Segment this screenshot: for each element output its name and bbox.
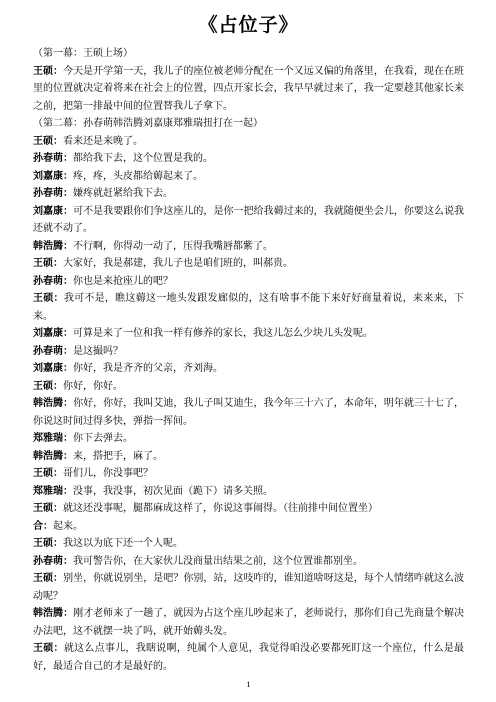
dialogue-line: 韩浩腾：你好，你好，我叫艾迪，我儿子叫艾迪生，我今年三十六了，本命年，明年就三十… [33, 395, 464, 430]
speaker-name: 韩浩腾： [33, 398, 73, 409]
speaker-name: 刘嘉康： [33, 328, 73, 339]
script-body: （第一幕：王硕上场）王硕：今天是开学第一天，我儿子的座位被老师分配在一个又远又偏… [33, 45, 464, 675]
dialogue-line: 王硕：就这还没事呢，腿都麻成这样了，你说这事闹得。（往前排中间位置坐） [33, 500, 464, 518]
dialogue-line: 韩浩腾：不行啊，你得动一动了，压得我嘴唇都紫了。 [33, 238, 464, 256]
speaker-name: 王硕： [33, 381, 63, 392]
speaker-name: 孙春萌： [33, 276, 73, 287]
page-number: 1 [33, 679, 464, 689]
dialogue-line: 孙春萌：嫌疼就赶紧给我下去。 [33, 185, 464, 203]
speaker-name: 王硕： [33, 538, 63, 549]
speaker-name: 刘嘉康： [33, 171, 73, 182]
dialogue-line: 王硕：我可不是，瞧这薅这一地头发跟发廊似的，这有啥事不能下来好好商量着说，来来来… [33, 290, 464, 325]
speaker-name: 郑雅瑞： [33, 486, 73, 497]
dialogue-line: 合：起来。 [33, 518, 464, 536]
dialogue-line: 郑雅瑞：没事，我没事，初次见面（跪下）请多关照。 [33, 483, 464, 501]
dialogue-line: 王硕：别坐，你就说别坐，是吧？你别，站，这吱咋的，谁知道啥呀这是，每个人情绪咋就… [33, 570, 464, 605]
speaker-name: 王硕： [33, 503, 63, 514]
dialogue-line: 王硕：就这么点事儿，我瞎说啊，纯属个人意见，我觉得咱没必要都死盯这一个座位，什么… [33, 640, 464, 675]
dialogue-line: 王硕：今天是开学第一天，我儿子的座位被老师分配在一个又远又偏的角落里，在我看，现… [33, 63, 464, 116]
speaker-name: 刘嘉康： [33, 363, 73, 374]
dialogue-line: 郑雅瑞：你下去弹去。 [33, 430, 464, 448]
speaker-name: 合： [33, 521, 53, 532]
speaker-name: 王硕： [33, 643, 64, 654]
speaker-name: 韩浩腾： [33, 451, 73, 462]
dialogue-line: 韩浩腾：刚才老师来了一趟了，就因为占这个座儿吵起来了，老师说行，那你们自己先商量… [33, 605, 464, 640]
document-page: 《占位子》 （第一幕：王硕上场）王硕：今天是开学第一天，我儿子的座位被老师分配在… [0, 0, 496, 702]
speaker-name: 孙春萌： [33, 188, 73, 199]
dialogue-line: 孙春萌：你也是来抢座儿的吧？ [33, 273, 464, 291]
speaker-name: 郑雅瑞： [33, 433, 73, 444]
speaker-name: 韩浩腾： [33, 241, 73, 252]
stage-direction: （第一幕：王硕上场） [33, 45, 464, 63]
speaker-name: 孙春萌： [33, 346, 73, 357]
dialogue-line: 刘嘉康：可算是来了一位和我一样有修养的家长，我这儿怎么少块儿头发呢。 [33, 325, 464, 343]
dialogue-line: 王硕：大家好，我是郝建，我儿子也是咱们班的，叫郝贵。 [33, 255, 464, 273]
speaker-name: 王硕： [33, 468, 63, 479]
dialogue-line: 王硕：看来还是来晚了。 [33, 133, 464, 151]
dialogue-line: 王硕：你好，你好。 [33, 378, 464, 396]
speaker-name: 韩浩腾： [33, 608, 73, 619]
dialogue-line: 刘嘉康：疼，疼，头皮都给薅起来了。 [33, 168, 464, 186]
dialogue-line: 韩浩腾：来，搭把手，麻了。 [33, 448, 464, 466]
speaker-name: 王硕： [33, 136, 63, 147]
dialogue-line: 刘嘉康：可不是我要跟你们争这座儿的，是你一把给我薅过来的，我就随便坐会儿，你要这… [33, 203, 464, 238]
speaker-name: 王硕： [33, 258, 63, 269]
dialogue-line: 孙春萌：是这撮吗？ [33, 343, 464, 361]
speaker-name: 刘嘉康： [33, 206, 73, 217]
dialogue-line: 孙春萌：都给我下去，这个位置是我的。 [33, 150, 464, 168]
speaker-name: 王硕： [33, 66, 63, 77]
dialogue-line: 刘嘉康：你好，我是齐齐的父亲，齐刘海。 [33, 360, 464, 378]
dialogue-line: 王硕：哥们儿，你没事吧？ [33, 465, 464, 483]
stage-direction: （第二幕：孙春萌韩浩腾刘嘉康郑雅瑞扭打在一起） [33, 115, 464, 133]
speaker-name: 王硕： [33, 573, 63, 584]
speaker-name: 孙春萌： [33, 153, 73, 164]
speaker-name: 王硕： [33, 293, 64, 304]
speaker-name: 孙春萌： [33, 556, 73, 567]
dialogue-line: 孙春萌：我可警告你，在大家伙儿没商量出结果之前，这个位置谁都别坐。 [33, 553, 464, 571]
page-title: 《占位子》 [33, 14, 464, 38]
dialogue-line: 王硕：我这以为底下还一个人呢。 [33, 535, 464, 553]
